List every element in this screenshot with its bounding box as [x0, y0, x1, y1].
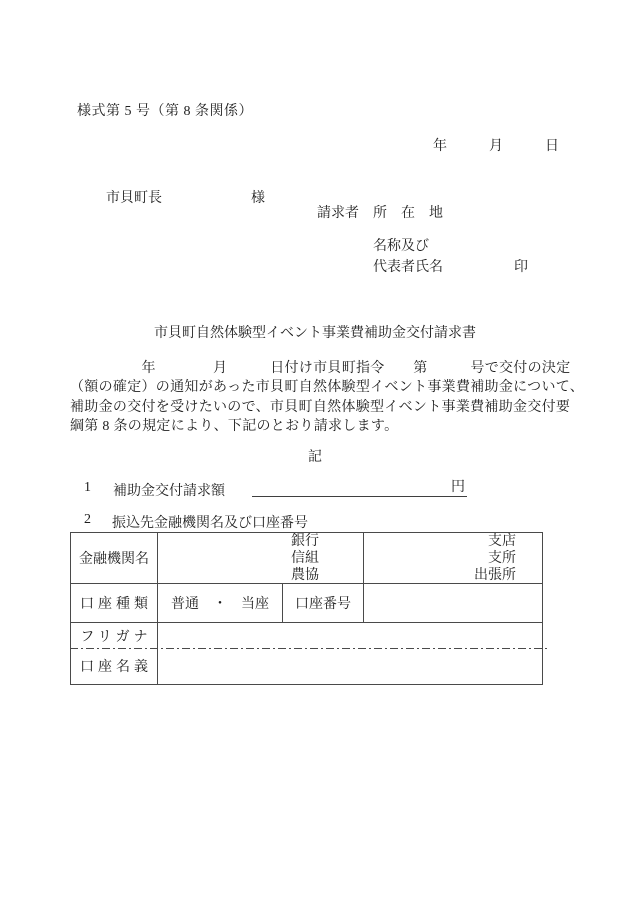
amount-unit: 円 — [451, 480, 465, 495]
branch-type-shutchojo: 出張所 — [474, 567, 516, 584]
requester-address-line: 請求者 所 在 地 — [317, 202, 443, 222]
body-line: 年 月 日付け市貝町指令 第 号で交付の決定 — [70, 359, 580, 378]
institution-type-nokyo: 農協 — [291, 567, 319, 584]
account-type-options[interactable]: 普通 ・ 当座 — [158, 584, 283, 623]
item2-number: 2 — [84, 512, 91, 528]
addressee-row: 市貝町長様 — [92, 171, 265, 223]
account-name-field[interactable] — [158, 648, 542, 684]
item1-label: 補助金交付請求額 — [113, 480, 225, 500]
amount-blank-field[interactable]: 円 — [252, 480, 467, 497]
dash-dot-divider — [70, 648, 549, 649]
bank-account-table: 金融機関名 銀行 信組 農協 支店 支所 出張所 口座種類 普通 ・ 当座 口座… — [70, 532, 543, 685]
furigana-field[interactable] — [158, 623, 542, 648]
body-line: （額の確定）の通知があった市貝町自然体験型イベント事業費補助金について、 — [70, 378, 580, 397]
financial-institution-label: 金融機関名 — [71, 533, 158, 584]
record-marker: 記 — [0, 446, 630, 466]
body-line: 補助金の交付を受けたいので、市貝町自然体験型イベント事業費補助金交付要 — [70, 398, 580, 417]
institution-type-labels: 銀行 信組 農協 — [158, 533, 363, 584]
requester-name-label-2: 代表者氏名 — [373, 256, 443, 276]
body-line: 綱第 8 条の規定により、下記のとおり請求します。 — [70, 417, 580, 436]
item2-label: 振込先金融機関名及び口座番号 — [112, 512, 308, 532]
addressee-honorific: 様 — [251, 187, 265, 207]
seal-mark: 印 — [514, 256, 528, 276]
form-number: 様式第 5 号（第 8 条関係） — [77, 100, 253, 120]
account-number-label: 口座番号 — [283, 584, 364, 623]
account-type-label: 口座種類 — [71, 584, 158, 623]
branch-type-shisho: 支所 — [488, 550, 516, 567]
branch-name-field[interactable]: 支店 支所 出張所 — [364, 533, 542, 584]
institution-type-shinkumi: 信組 — [291, 550, 319, 567]
body-paragraph: 年 月 日付け市貝町指令 第 号で交付の決定 （額の確定）の通知があった市貝町自… — [70, 359, 580, 436]
issue-date-line: 年 月 日 — [433, 135, 559, 155]
furigana-label: フリガナ — [71, 623, 158, 648]
bank-name-field[interactable]: 銀行 信組 農協 — [158, 533, 364, 584]
branch-type-shiten: 支店 — [488, 533, 516, 550]
requester-name-label-1: 名称及び — [373, 235, 429, 255]
branch-type-labels: 支店 支所 出張所 — [364, 533, 542, 584]
document-title: 市貝町自然体験型イベント事業費補助金交付請求書 — [65, 322, 565, 342]
item1-number: 1 — [84, 480, 91, 496]
form-page: 様式第 5 号（第 8 条関係） 年 月 日 市貝町長様 請求者 所 在 地 名… — [0, 0, 630, 903]
institution-type-bank: 銀行 — [291, 533, 319, 550]
addressee-name: 市貝町長 — [106, 191, 162, 206]
account-number-field[interactable] — [364, 584, 542, 623]
account-name-label: 口座名義 — [71, 648, 158, 684]
